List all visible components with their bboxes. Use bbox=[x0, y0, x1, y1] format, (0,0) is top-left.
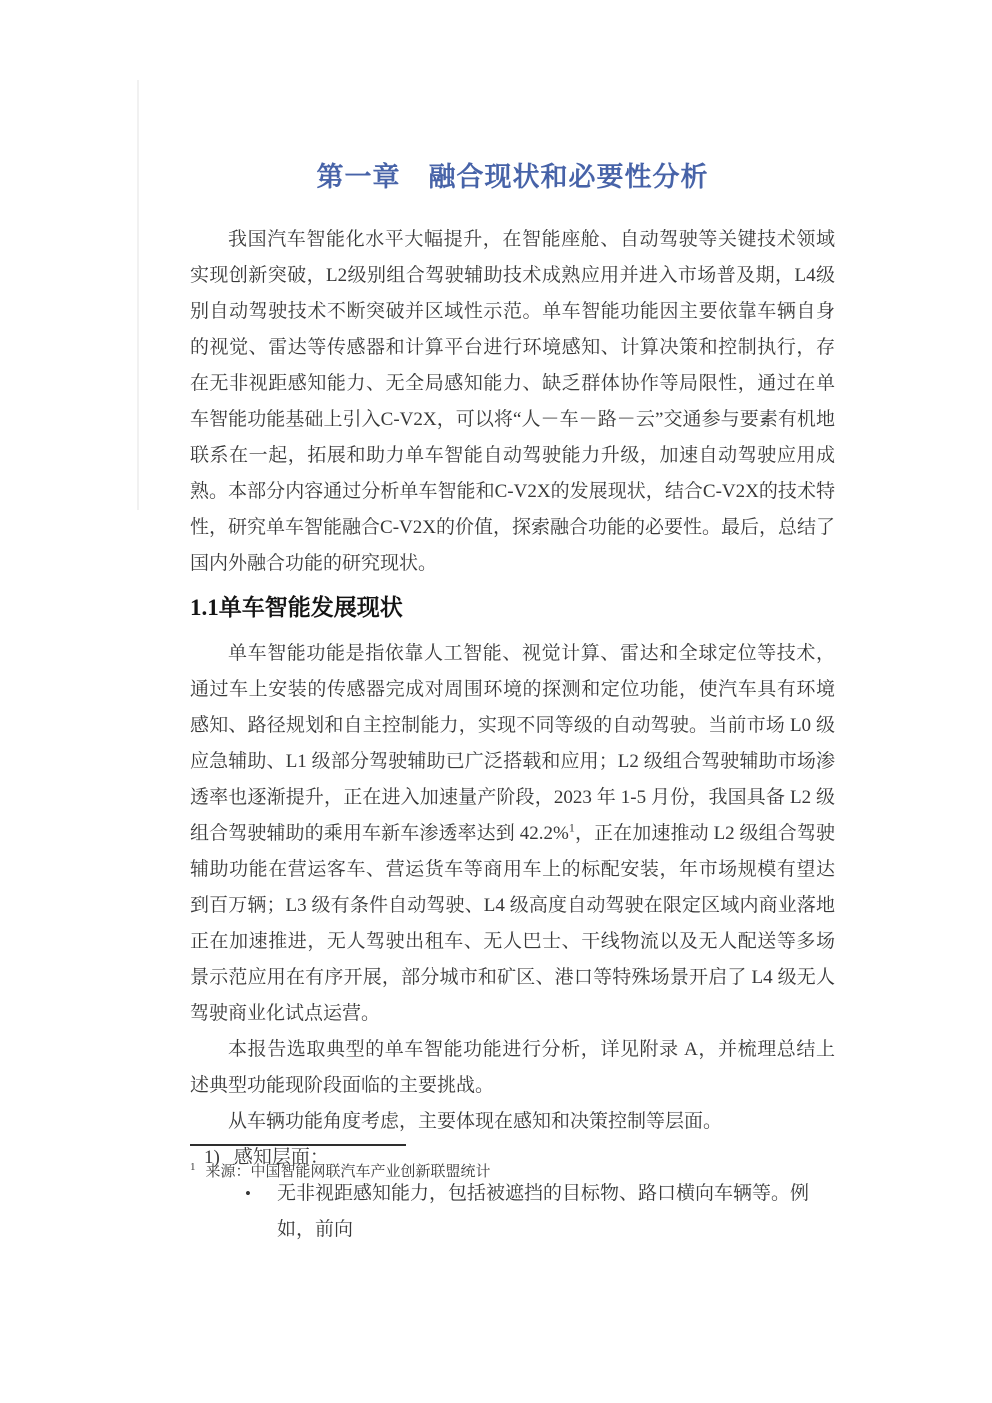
footnote-text-line: 1来源：中国智能网联汽车产业创新联盟统计 bbox=[190, 1154, 835, 1185]
chapter-intro-paragraph: 我国汽车智能化水平大幅提升，在智能座舱、自动驾驶等关键技术领域实现创新突破，L2… bbox=[190, 222, 835, 582]
bullet-icon: • bbox=[245, 1176, 277, 1248]
scan-edge-artifact bbox=[137, 80, 139, 510]
section-paragraph-1-text-before-footnote-ref: 单车智能功能是指依靠人工智能、视觉计算、雷达和全球定位等技术，通过车上安装的传感… bbox=[190, 643, 835, 844]
section-paragraph-3: 从车辆功能角度考虑，主要体现在感知和决策控制等层面。 bbox=[190, 1104, 835, 1140]
footnote-separator-rule bbox=[190, 1144, 406, 1146]
section-paragraph-1: 单车智能功能是指依靠人工智能、视觉计算、雷达和全球定位等技术，通过车上安装的传感… bbox=[190, 636, 835, 1032]
section-paragraph-1-text-after-footnote-ref: ，正在加速推动 L2 级组合驾驶辅助功能在营运客车、营运货车等商用车上的标配安装… bbox=[190, 823, 835, 1024]
bullet-item-text: 无非视距感知能力，包括被遮挡的目标物、路口横向车辆等。例如，前向 bbox=[277, 1176, 835, 1248]
footnote-text: 来源：中国智能网联汽车产业创新联盟统计 bbox=[206, 1164, 491, 1180]
section-heading: 1.1单车智能发展现状 bbox=[190, 592, 835, 624]
bullet-list-item: • 无非视距感知能力，包括被遮挡的目标物、路口横向车辆等。例如，前向 bbox=[190, 1176, 835, 1248]
section-paragraph-2: 本报告选取典型的单车智能功能进行分析，详见附录 A，并梳理总结上述典型功能现阶段… bbox=[190, 1032, 835, 1104]
footnote-marker: 1 bbox=[190, 1161, 196, 1173]
document-page: 第一章 融合现状和必要性分析 我国汽车智能化水平大幅提升，在智能座舱、自动驾驶等… bbox=[0, 0, 992, 1403]
footnote-area: 1来源：中国智能网联汽车产业创新联盟统计 bbox=[190, 1144, 835, 1185]
chapter-title: 第一章 融合现状和必要性分析 bbox=[190, 160, 835, 194]
page-content: 第一章 融合现状和必要性分析 我国汽车智能化水平大幅提升，在智能座舱、自动驾驶等… bbox=[190, 160, 835, 1248]
